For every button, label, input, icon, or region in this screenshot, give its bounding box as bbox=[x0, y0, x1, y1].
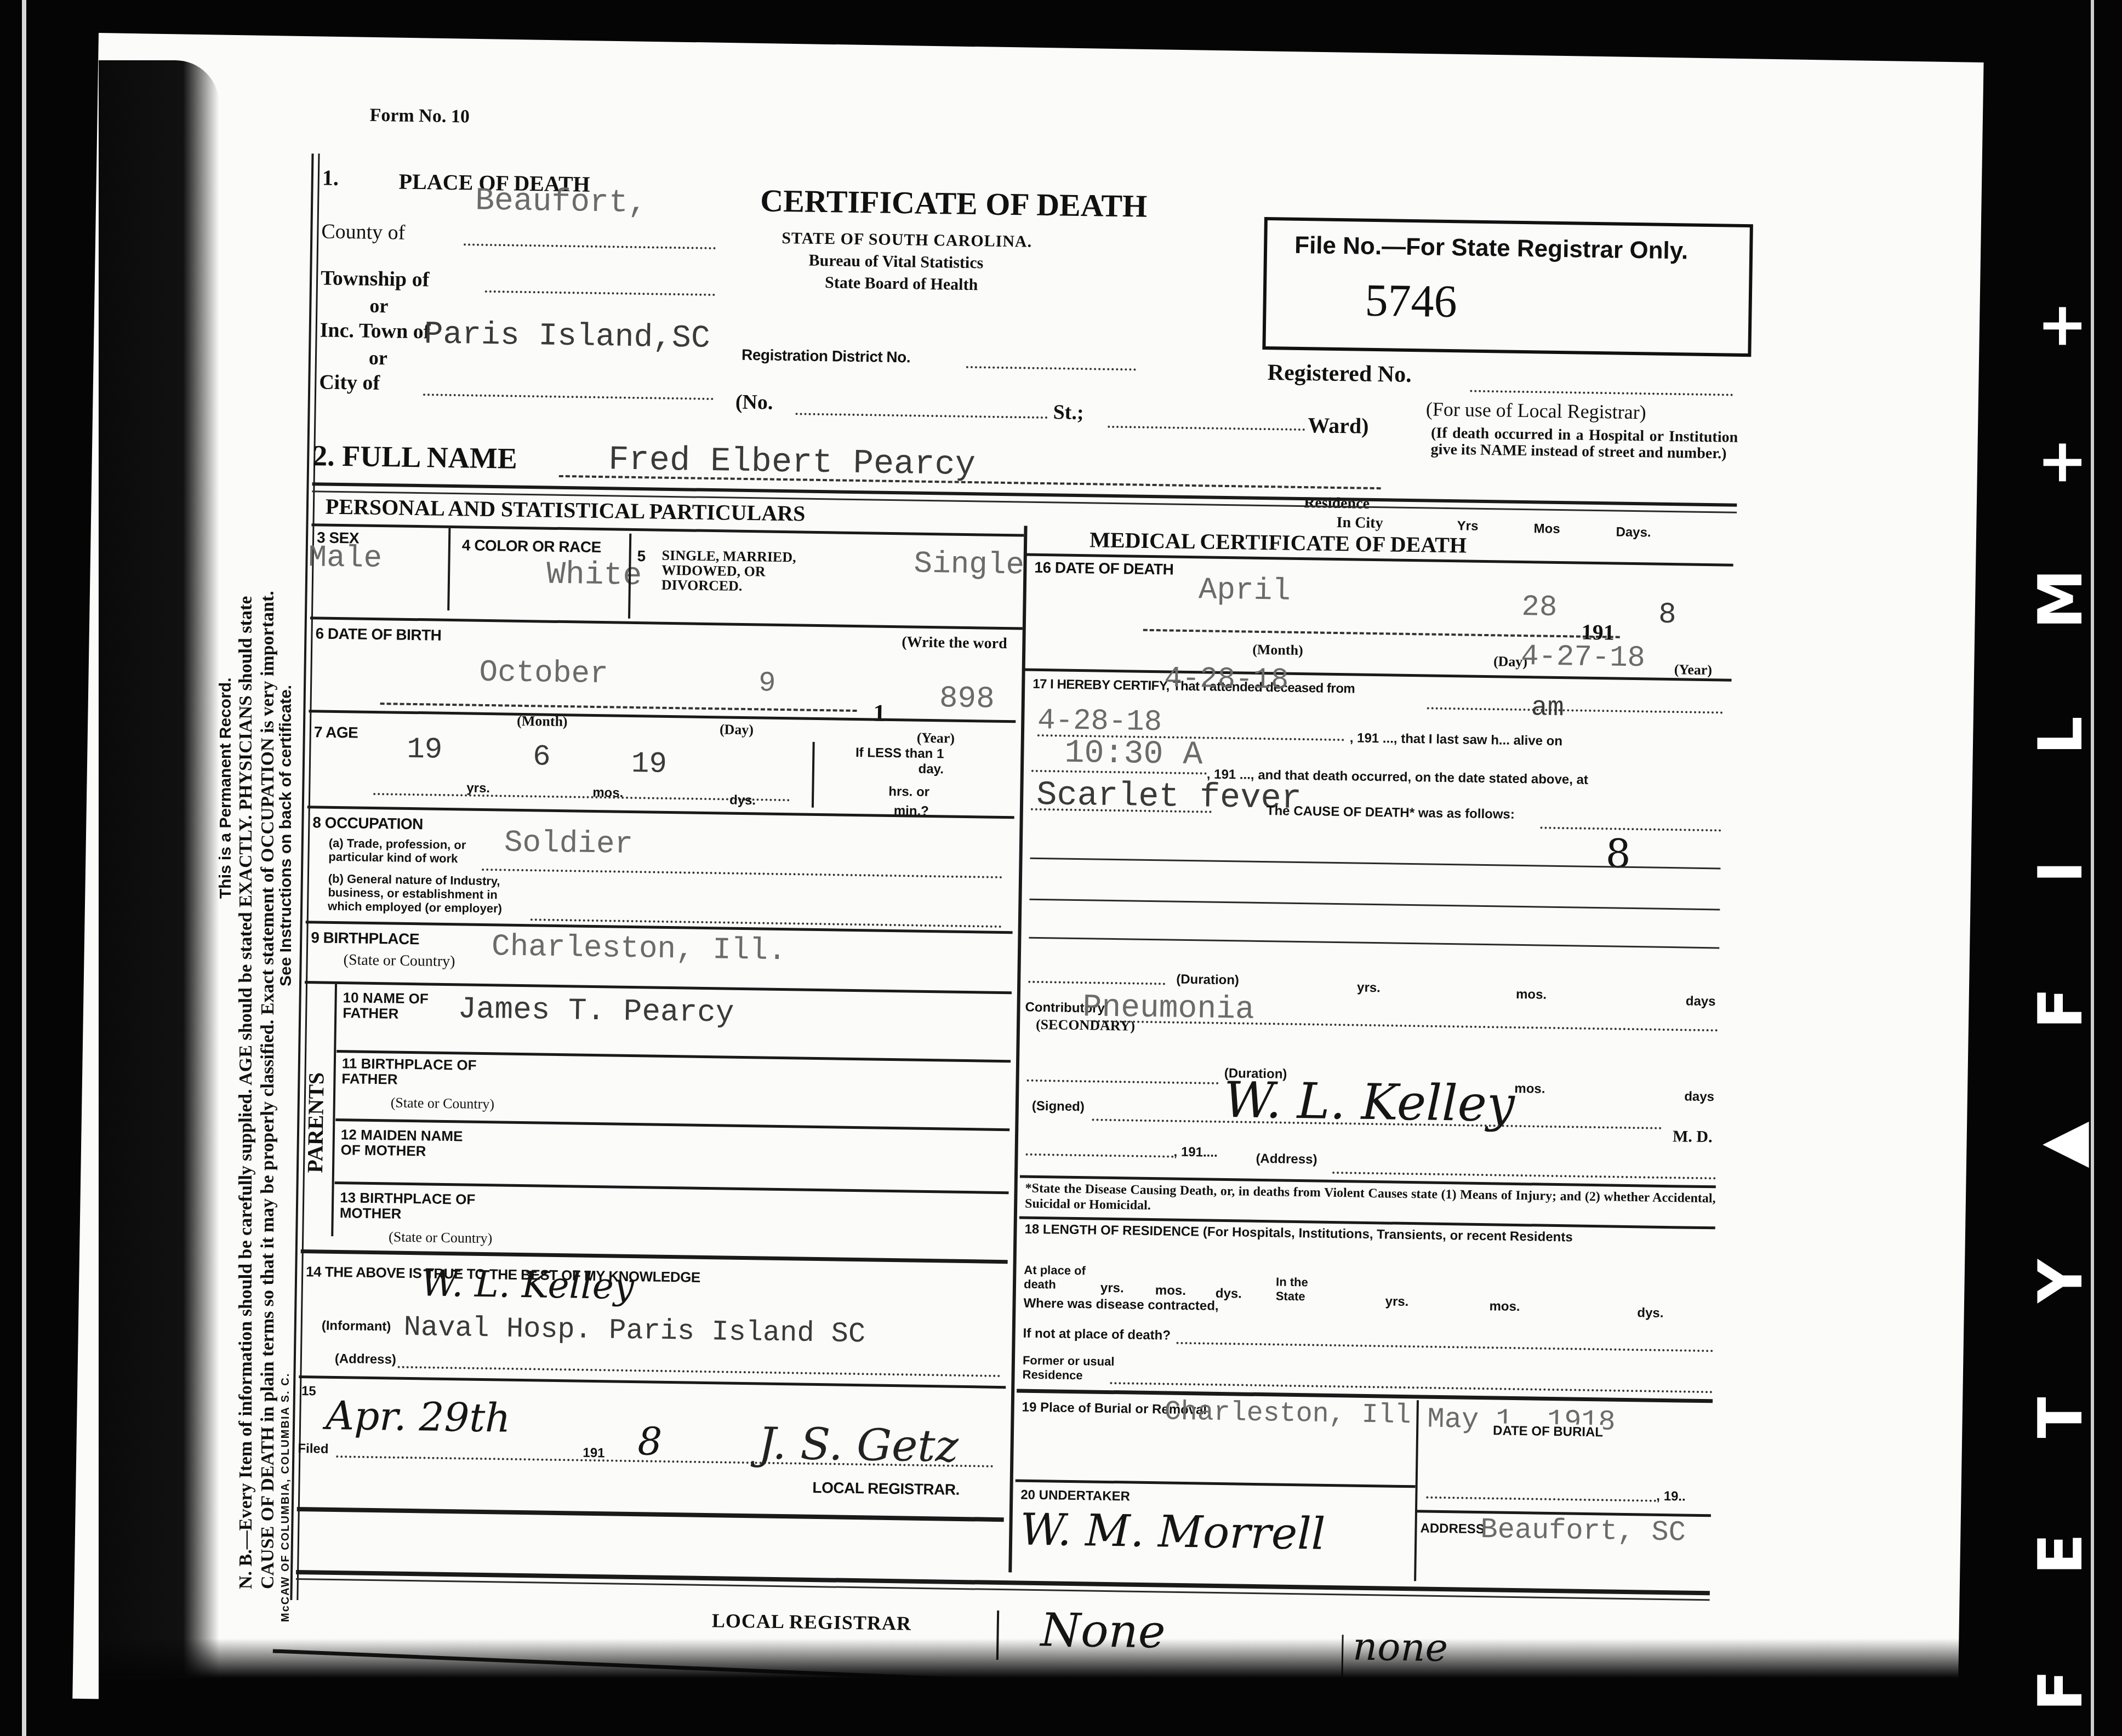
medical-heading: MEDICAL CERTIFICATE OF DEATH bbox=[1089, 527, 1467, 558]
divider bbox=[301, 1249, 1008, 1264]
filed-label: Filed bbox=[298, 1441, 328, 1457]
divider bbox=[1016, 1479, 1416, 1488]
duration2-mos: mos. bbox=[1514, 1081, 1545, 1097]
film-edge-char: I bbox=[2030, 861, 2091, 883]
informant-signature: W. L. Kelley bbox=[420, 1262, 634, 1307]
md-label: M. D. bbox=[1673, 1127, 1713, 1146]
city-label: City of bbox=[319, 370, 380, 395]
undertaker-address-value: Beaufort, SC bbox=[1480, 1514, 1686, 1549]
film-edge-char: M bbox=[2030, 569, 2091, 629]
dob-label: 6 DATE OF BIRTH bbox=[315, 625, 441, 644]
footer-local-registrar-label: LOCAL REGISTRAR bbox=[712, 1609, 912, 1635]
burial-date-label: DATE OF BURIAL bbox=[1493, 1423, 1603, 1440]
cell-divider bbox=[812, 742, 815, 808]
board-name: State Board of Health bbox=[825, 273, 978, 294]
county-value: Beaufort, bbox=[475, 184, 647, 222]
registered-no-label: Registered No. bbox=[1267, 359, 1412, 388]
at-place-label: At place of death bbox=[1024, 1263, 1090, 1293]
township-label: Township of bbox=[321, 266, 430, 292]
full-name-value: Fred Elbert Pearcy bbox=[608, 440, 976, 484]
film-edge-left bbox=[22, 0, 26, 1736]
cause-footnote: *State the Disease Causing Death, or, in… bbox=[1025, 1181, 1716, 1222]
full-name-label: 2. FULL NAME bbox=[312, 438, 517, 476]
in-state-label: In the State bbox=[1276, 1275, 1320, 1304]
registered-no-field[interactable] bbox=[1470, 390, 1733, 396]
duration-mark: 8 bbox=[1605, 830, 1631, 877]
father-birthplace-sub: (State or Country) bbox=[391, 1094, 495, 1112]
occupation-a-label: (a) Trade, profession, or particular kin… bbox=[328, 836, 499, 866]
dob-month-value: October bbox=[479, 655, 608, 692]
informant-address-value: Naval Hosp. Paris Island SC bbox=[403, 1311, 865, 1350]
burial-place-value: Charleston, Ill bbox=[1164, 1396, 1411, 1431]
cause-line bbox=[1029, 899, 1720, 911]
divider bbox=[309, 710, 1016, 723]
day-caption: (Day) bbox=[720, 721, 754, 738]
at-place-mos: mos. bbox=[1155, 1283, 1186, 1299]
state-name: STATE OF SOUTH CAROLINA. bbox=[782, 229, 1032, 252]
physician-address-field[interactable] bbox=[1332, 1172, 1716, 1179]
mother-name-label: 12 MAIDEN NAME OF MOTHER bbox=[340, 1127, 483, 1160]
occupation-value: Soldier bbox=[504, 825, 633, 861]
time-of-death-value: 10:30 A bbox=[1064, 735, 1203, 774]
parents-divider bbox=[331, 984, 337, 1236]
dod-day-value: 28 bbox=[1521, 591, 1558, 625]
bureau-name: Bureau of Vital Statistics bbox=[808, 252, 983, 273]
county-field[interactable] bbox=[464, 243, 716, 249]
registration-district-field[interactable] bbox=[966, 366, 1136, 371]
margin-note-line3: See Instructions on back of certificate. bbox=[277, 685, 295, 986]
township-field[interactable] bbox=[485, 290, 715, 296]
film-edge-char: T bbox=[2030, 1397, 2091, 1438]
sex-value: Male bbox=[308, 540, 382, 576]
file-number-label: File No.—For State Registrar Only. bbox=[1294, 232, 1689, 265]
burial-divider bbox=[1414, 1400, 1419, 1581]
duration-yrs: yrs. bbox=[1357, 980, 1381, 996]
page-binding-shadow bbox=[99, 60, 219, 1677]
duration-mos: mos. bbox=[1516, 987, 1547, 1003]
year-caption: (Year) bbox=[917, 730, 955, 747]
parents-side-label: PARENTS bbox=[302, 1072, 329, 1173]
occupation-field[interactable] bbox=[482, 869, 1002, 878]
dod-year-value: 8 bbox=[1658, 598, 1676, 632]
hrs-or-caption: hrs. or bbox=[888, 784, 929, 800]
duration-label: (Duration) bbox=[1176, 972, 1239, 989]
section-number-1: 1. bbox=[322, 164, 339, 190]
certificate-title: CERTIFICATE OF DEATH bbox=[760, 182, 1148, 224]
film-edge-char: E bbox=[2030, 1533, 2091, 1574]
duration2-days: days bbox=[1684, 1089, 1714, 1105]
age-field[interactable] bbox=[373, 793, 790, 801]
informant-address-field[interactable] bbox=[398, 1366, 1001, 1377]
registrar-signature: J. S. Getz bbox=[758, 1418, 959, 1471]
mother-birthplace-label: 13 BIRTHPLACE OF MOTHER bbox=[340, 1190, 477, 1223]
divider bbox=[311, 523, 1024, 536]
if-not-label: If not at place of death? bbox=[1023, 1326, 1171, 1344]
margin-note-line1: N. B.—Every Item of information should b… bbox=[236, 596, 256, 1589]
dod-year-caption: (Year) bbox=[1674, 661, 1713, 678]
film-edge-char: F bbox=[2030, 987, 2091, 1029]
age-dys-caption: dys. bbox=[729, 793, 756, 809]
father-name-label: 10 NAME OF FATHER bbox=[343, 990, 458, 1022]
margin-note-line2: CAUSE OF DEATH in plain terms so that it… bbox=[258, 591, 278, 1589]
filed-date-value: Apr. 29th bbox=[326, 1392, 511, 1441]
age-months-value: 6 bbox=[533, 740, 551, 774]
or-text: or bbox=[369, 294, 389, 317]
dod-month-value: April bbox=[1198, 572, 1291, 608]
attended-am-value: am bbox=[1531, 692, 1564, 724]
file-number-box: File No.—For State Registrar Only. 5746 bbox=[1262, 217, 1753, 357]
film-edge-label: + + M L I F ▲ Y T E F bbox=[2028, 296, 2094, 1721]
mother-birthplace-sub: (State or Country) bbox=[389, 1229, 493, 1247]
informant-label: (Informant) bbox=[322, 1318, 391, 1335]
age-years-value: 19 bbox=[407, 733, 443, 767]
filed-year-prefix: 191 bbox=[583, 1446, 604, 1461]
local-registrar-label: LOCAL REGISTRAR. bbox=[812, 1479, 960, 1499]
county-label: County of bbox=[321, 219, 406, 244]
occupation-b-label: (b) General nature of Industry, business… bbox=[328, 872, 531, 916]
filing-number: 15 bbox=[301, 1384, 316, 1399]
undertaker-address-label: ADDRESS bbox=[1420, 1521, 1485, 1537]
in-state-dys: dys. bbox=[1637, 1305, 1663, 1321]
informant-address-label: (Address) bbox=[335, 1351, 396, 1368]
city-field[interactable] bbox=[423, 393, 714, 400]
film-edge-char: + bbox=[2030, 437, 2091, 488]
signed-date-field[interactable] bbox=[1026, 1153, 1174, 1158]
in-city-mos: Mos bbox=[1533, 521, 1560, 537]
ward-label: Ward) bbox=[1308, 412, 1369, 439]
dod-field[interactable] bbox=[1143, 629, 1620, 638]
age-mos-caption: mos. bbox=[592, 785, 623, 801]
in-city-days: Days. bbox=[1616, 525, 1651, 541]
undertaker-signature: W. M. Morrell bbox=[1020, 1504, 1326, 1560]
occupation-label: 8 OCCUPATION bbox=[312, 814, 423, 833]
registration-district-label: Registration District No. bbox=[741, 346, 910, 367]
ward-field[interactable] bbox=[1108, 426, 1305, 431]
signed-date-191: , 191.... bbox=[1173, 1145, 1217, 1161]
duration-days: days bbox=[1686, 994, 1716, 1010]
birthplace-value: Charleston, Ill. bbox=[492, 929, 787, 968]
inc-town-label: Inc. Town of bbox=[320, 318, 430, 344]
or-text: or bbox=[369, 346, 388, 369]
street-number-field[interactable] bbox=[796, 413, 1048, 419]
street-no-label: (No. bbox=[735, 390, 773, 415]
duration2-field[interactable] bbox=[1027, 1080, 1219, 1084]
divider bbox=[299, 1375, 1006, 1389]
physician-address-label: (Address) bbox=[1256, 1151, 1317, 1168]
father-birthplace-label: 11 BIRTHPLACE OF FATHER bbox=[341, 1055, 479, 1088]
film-edge-char: Y bbox=[2030, 1259, 2091, 1303]
dod-month-caption: (Month) bbox=[1252, 642, 1303, 659]
signed-label: (Signed) bbox=[1032, 1099, 1085, 1115]
dod-label: 16 DATE OF DEATH bbox=[1034, 559, 1173, 579]
color-label: 4 COLOR OR RACE bbox=[462, 536, 601, 556]
dob-day-value: 9 bbox=[758, 667, 776, 699]
marital-label: SINGLE, MARRIED, WIDOWED, OR DIVORCED. bbox=[661, 548, 799, 595]
former-residence-label: Former or usual Residence bbox=[1022, 1354, 1121, 1384]
birthplace-sub: (State or Country) bbox=[343, 951, 455, 970]
where-contracted-label: Where was disease contracted, bbox=[1023, 1296, 1219, 1314]
margin-note-permanent: This is a Permanent Record. bbox=[216, 678, 235, 899]
file-number-value: 5746 bbox=[1365, 274, 1457, 328]
divider bbox=[297, 1507, 1004, 1522]
film-edge-char: + bbox=[2030, 301, 2091, 351]
town-value: Paris Island,SC bbox=[424, 317, 710, 357]
cause-of-death-label: The CAUSE OF DEATH* was as follows: bbox=[1267, 803, 1515, 823]
less-than-day-label: If LESS than 1 day. bbox=[845, 745, 944, 778]
age-label: 7 AGE bbox=[314, 723, 358, 741]
color-value: White bbox=[546, 557, 642, 595]
marital-value: Single bbox=[914, 546, 1025, 583]
death-certificate: Form No. 10 1. PLACE OF DEATH Beaufort, … bbox=[284, 99, 1786, 1655]
dob-field[interactable] bbox=[380, 703, 857, 712]
dob-year-value: 898 bbox=[939, 681, 995, 716]
filed-year-suffix: 8 bbox=[637, 1419, 663, 1464]
film-edge-char: L bbox=[2030, 716, 2091, 755]
cause-line bbox=[1029, 937, 1719, 949]
in-state-mos: mos. bbox=[1489, 1299, 1520, 1315]
birthplace-label: 9 BIRTHPLACE bbox=[311, 929, 419, 948]
film-edge-triangle-icon: ▲ bbox=[2030, 1122, 2091, 1168]
film-edge-char: F bbox=[2030, 1670, 2091, 1711]
at-place-yrs: yrs. bbox=[1100, 1281, 1124, 1297]
dod-stamp-value: 4-27-18 bbox=[1521, 640, 1646, 675]
burial-year-19: , 19.. bbox=[1656, 1489, 1686, 1505]
marital-note: (Write the word bbox=[902, 633, 1007, 653]
page-bottom-shadow bbox=[99, 1638, 1984, 1736]
where-contracted-field[interactable] bbox=[1176, 1342, 1713, 1352]
father-name-value: James T. Pearcy bbox=[458, 991, 734, 1030]
cell-divider bbox=[447, 528, 450, 610]
in-city-label: In City bbox=[1336, 514, 1383, 532]
street-label: St.; bbox=[1053, 400, 1084, 425]
age-yrs-caption: yrs. bbox=[466, 780, 490, 796]
in-state-yrs: yrs. bbox=[1385, 1294, 1408, 1310]
dob-year-prefix: 1 bbox=[873, 699, 886, 727]
duration-field[interactable] bbox=[1028, 981, 1165, 985]
marital-no: 5 bbox=[637, 547, 646, 565]
age-days-value: 19 bbox=[631, 747, 668, 781]
at-place-dys: dys. bbox=[1216, 1286, 1242, 1302]
form-number: Form No. 10 bbox=[369, 105, 470, 128]
attended-from-overlay: 4-28-18 bbox=[1164, 662, 1289, 697]
burial-date-field[interactable] bbox=[1426, 1497, 1656, 1502]
center-divider bbox=[1008, 526, 1027, 1572]
last-saw-text: , 191 ..., that I last saw h... alive on bbox=[1350, 730, 1563, 749]
hospital-note: (If death occurred in a Hospital or Inst… bbox=[1431, 425, 1738, 462]
attended-from-field[interactable] bbox=[1427, 707, 1723, 713]
local-registrar-note: (For use of Local Registrar) bbox=[1426, 397, 1646, 424]
undertaker-label: 20 UNDERTAKER bbox=[1020, 1488, 1130, 1505]
